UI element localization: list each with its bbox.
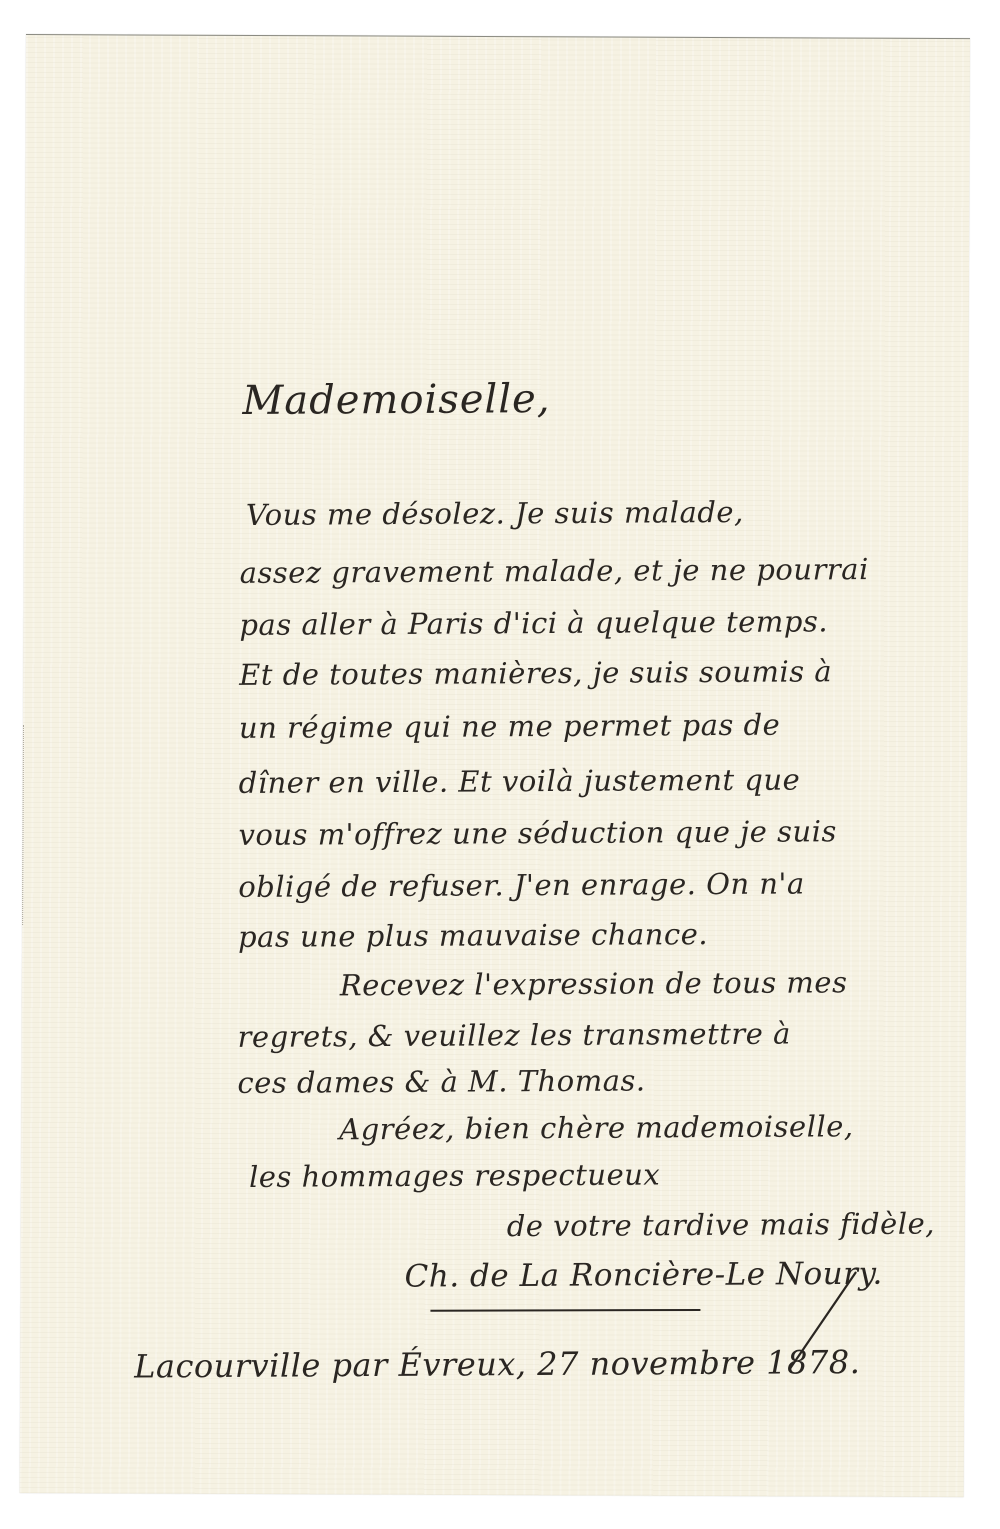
body-line-6: dîner en ville. Et voilà justement que (239, 763, 801, 800)
body-line-10: Recevez l'expression de tous mes (340, 965, 848, 1002)
body-line-11: regrets, & veuillez les transmettre à (238, 1017, 791, 1054)
body-line-7: vous m'offrez une séduction que je suis (238, 814, 836, 852)
body-line-13: Agréez, bien chère mademoiselle, (339, 1109, 854, 1146)
letter-paper: Mademoiselle, Vous me désolez. Je suis m… (20, 34, 970, 1497)
signature-underline (430, 1309, 700, 1312)
body-line-8: obligé de refuser. J'en enrage. On n'a (238, 866, 805, 903)
closing-line: de votre tardive mais fidèle, (507, 1206, 935, 1243)
body-line-3: pas aller à Paris d'ici à quelque temps. (239, 604, 828, 642)
body-line-12: ces dames & à M. Thomas. (237, 1063, 645, 1099)
body-line-4: Et de toutes manières, je suis soumis à (239, 654, 832, 692)
paper-edge-mark (22, 725, 25, 925)
body-line-9: pas une plus mauvaise chance. (238, 917, 708, 954)
body-line-1: Vous me désolez. Je suis malade, (246, 495, 744, 532)
body-line-5: un régime qui ne me permet pas de (239, 708, 780, 745)
body-line-14: les hommages respectueux (249, 1157, 660, 1194)
scanned-letter: Mademoiselle, Vous me désolez. Je suis m… (0, 0, 1000, 1529)
place-date-line: Lacourville par Évreux, 27 novembre 1878… (134, 1343, 860, 1385)
body-line-2: assez gravement malade, et je ne pourrai (240, 552, 869, 590)
salutation: Mademoiselle, (242, 376, 550, 424)
